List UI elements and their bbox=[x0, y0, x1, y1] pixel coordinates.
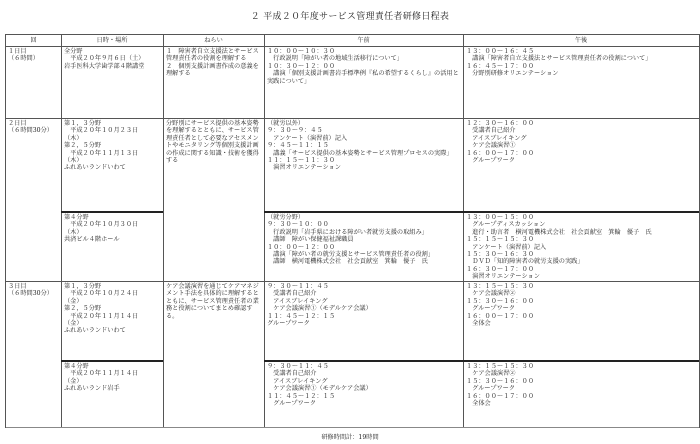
day1-datetime-place: 全分野 平成２０年９月６日（土） 岩手医科大学歯学部４階講堂 bbox=[62, 47, 163, 118]
day2-aim: 分野別にサービス提供の基本姿勢を理解するとともに、サービス管理責任者として必要な… bbox=[164, 119, 264, 281]
header-aim: ねらい bbox=[163, 35, 264, 47]
schedule-table: 回 日時・場所 ねらい 午前 午後 １日目 （６時間） 全分野 平成２０年９月６… bbox=[5, 34, 700, 428]
header-am: 午前 bbox=[264, 35, 463, 47]
day2-session2-datetime-place: 第４分野 平成２０年１０月３０日 （木） 共済ビル４階ホール bbox=[62, 213, 163, 281]
day1-round: １日目 （６時間） bbox=[6, 47, 61, 118]
day3-session1-am: ９：３０～１１：４５ 受講者自己紹介 アイスブレイキング ケア会議演習①（モデル… bbox=[265, 282, 463, 360]
day2-session2-pm: １３：００～１５：００ グループディスカッション 進行・助言者 横河電機株式会社… bbox=[464, 213, 699, 281]
header-datetime-place: 日時・場所 bbox=[61, 35, 163, 47]
day3-session1-pm: １３：１５～１５：３０ ケア会議演習② １５：３０～１６：００ グループワーク … bbox=[464, 282, 699, 360]
day2-round: ２日目 （６時間30分） bbox=[6, 119, 61, 281]
table-bottom bbox=[6, 427, 699, 428]
day3-session2-datetime-place: 第４分野 平成２０年１１月１４日 （金） ふれあいランド岩手 bbox=[62, 362, 163, 427]
total-hours: 研修時間計：19時間 bbox=[0, 432, 700, 441]
day1-aim: １ 障害者自立支援法とサービス管理責任者の役割を理解する ２ 個別支援計画書作成… bbox=[164, 47, 264, 118]
day1-pm: １３：００～１６：４５ 講演「障害者自立支援法とサービス管理責任者の役割について… bbox=[464, 47, 699, 118]
header-round: 回 bbox=[6, 35, 61, 47]
header-pm: 午後 bbox=[463, 35, 699, 47]
day2-session2-am: （就労分野） ９：３０～１０：００ 行政説明「岩手県における障がい者就労支援の取… bbox=[265, 213, 463, 281]
day2-session1-datetime-place: 第１，３分野 平成２０年１０月２３日 （木） 第２，５分野 平成２０年１１月１３… bbox=[62, 119, 163, 211]
page-title: ２ 平成２０年度サービス管理責任者研修日程表 bbox=[0, 9, 700, 22]
day3-session2-am: ９：３０～１１：４５ 受講者自己紹介 アイスブレイキング ケア会議演習①（モデル… bbox=[265, 362, 463, 427]
day3-session2-pm: １３：１５～１５：３０ ケア会議演習② １５：３０～１６：００ グループワーク … bbox=[464, 362, 699, 427]
day3-round: ３日目 （６時間30分） bbox=[6, 282, 61, 427]
day3-session1-datetime-place: 第１，３分野 平成２０年１０月２４日 （金） 第２，５分野 平成２０年１１月１４… bbox=[62, 282, 163, 360]
day2-session1-am: （就労以外） ９：３０～９：４５ アンケート（演習前）記入 ９：４５～１１：１５… bbox=[265, 119, 463, 211]
day3-aim: ケア会議演習を通じてケアマネジメント手法を具体的に理解するとともに、サービス管理… bbox=[164, 282, 264, 427]
day1-am: １０：００～１０：３０ 行政説明「障がい者の地域生活移行について」 １０：３０～… bbox=[265, 47, 463, 118]
day2-session1-pm: １２：３０～１６：００ 受講者自己紹介 アイスブレイキング ケア会議演習① １６… bbox=[464, 119, 699, 211]
